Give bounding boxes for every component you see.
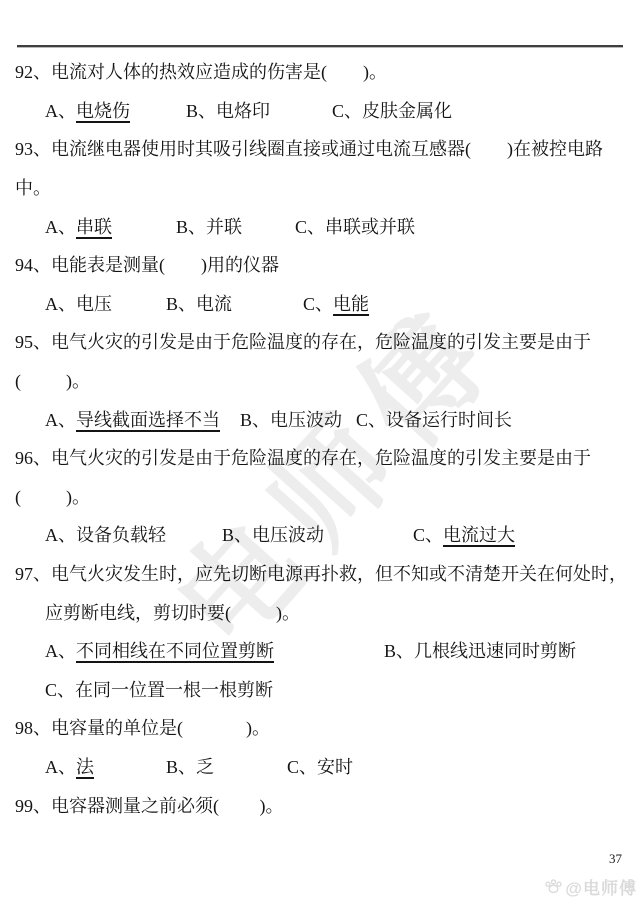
option-label: B、	[176, 213, 206, 239]
option-label: A、	[45, 521, 76, 547]
question-stem-text: 98、电容量的单位是( )。	[15, 714, 270, 740]
question-97-options-row: A、不同相线在不同位置剪断B、几根线迅速同时剪断	[15, 631, 625, 670]
option-93-A: A、串联	[45, 213, 112, 239]
option-98-B: B、乏	[166, 753, 214, 779]
footer-watermark: @电师傅	[544, 874, 637, 899]
option-label: C、	[287, 753, 317, 779]
question-93-stem-line: 93、电流继电器使用时其吸引线圈直接或通过电流互感器( )在被控电路	[15, 129, 625, 168]
option-label: A、	[45, 637, 76, 663]
question-97-options-row: C、在同一位置一根一根剪断	[15, 670, 625, 709]
question-92-stem-line: 92、电流对人体的热效应造成的伤害是( )。	[15, 52, 625, 91]
option-96-B: B、电压波动	[222, 521, 324, 547]
option-text: 设备负载轻	[76, 521, 166, 547]
question-92-options-row: A、电烧伤B、电烙印C、皮肤金属化	[15, 91, 625, 130]
option-label: B、	[166, 290, 196, 316]
question-stem-text: 中。	[15, 174, 51, 200]
question-95-stem-line: 95、电气火灾的引发是由于危险温度的存在，危险温度的引发主要是由于	[15, 322, 625, 361]
option-label: C、	[332, 97, 362, 123]
question-stem-text: 92、电流对人体的热效应造成的伤害是( )。	[15, 58, 387, 84]
option-97-C: C、在同一位置一根一根剪断	[45, 676, 273, 702]
option-label: B、	[384, 637, 414, 663]
option-label: C、	[295, 213, 325, 239]
option-label: C、	[413, 521, 443, 547]
question-98-options-row: A、法B、乏C、安时	[15, 747, 625, 786]
question-97-stem-line: 97、电气火灾发生时，应先切断电源再扑救，但不知或不清楚开关在何处时，	[15, 554, 625, 593]
option-text-answer: 电流过大	[443, 521, 515, 547]
question-stem-text: ( )。	[15, 483, 90, 509]
option-text-answer: 不同相线在不同位置剪断	[76, 637, 274, 663]
option-text-answer: 导线截面选择不当	[76, 406, 220, 432]
question-96-stem-line: 96、电气火灾的引发是由于危险温度的存在，危险温度的引发主要是由于	[15, 438, 625, 477]
question-94-options-row: A、电压B、电流C、电能	[15, 284, 625, 323]
option-text: 串联或并联	[325, 213, 415, 239]
question-99-stem-line: 99、电容器测量之前必须( )。	[15, 785, 625, 824]
option-text: 乏	[196, 753, 214, 779]
question-stem-text: 应剪断电线，剪切时要( )。	[45, 599, 300, 625]
option-label: A、	[45, 213, 76, 239]
option-96-C: C、电流过大	[413, 521, 515, 547]
option-text: 电压波动	[252, 521, 324, 547]
footer-watermark-text: @电师傅	[565, 874, 637, 899]
question-96-stem-line: ( )。	[15, 477, 625, 516]
option-text: 在同一位置一根一根剪断	[75, 676, 273, 702]
option-95-B: B、电压波动	[240, 406, 342, 432]
option-92-B: B、电烙印	[186, 97, 270, 123]
option-92-C: C、皮肤金属化	[332, 97, 452, 123]
question-95-stem-line: ( )。	[15, 361, 625, 400]
question-98-stem-line: 98、电容量的单位是( )。	[15, 708, 625, 747]
option-text-answer: 电能	[333, 290, 369, 316]
option-text: 设备运行时间长	[386, 406, 512, 432]
option-text: 皮肤金属化	[362, 97, 452, 123]
option-label: C、	[356, 406, 386, 432]
option-text: 几根线迅速同时剪断	[414, 637, 576, 663]
option-label: B、	[222, 521, 252, 547]
question-95-options-row: A、导线截面选择不当B、电压波动C、设备运行时间长	[15, 399, 625, 438]
option-label: A、	[45, 290, 76, 316]
option-94-C: C、电能	[303, 290, 369, 316]
question-stem-text: 93、电流继电器使用时其吸引线圈直接或通过电流互感器( )在被控电路	[15, 135, 603, 161]
option-text: 电压	[76, 290, 112, 316]
option-label: B、	[240, 406, 270, 432]
option-text-answer: 法	[76, 753, 94, 779]
document-page: 电师傅 92、电流对人体的热效应造成的伤害是( )。A、电烧伤B、电烙印C、皮肤…	[0, 0, 640, 909]
question-list: 92、电流对人体的热效应造成的伤害是( )。A、电烧伤B、电烙印C、皮肤金属化9…	[15, 52, 625, 824]
option-label: C、	[303, 290, 333, 316]
question-stem-text: ( )。	[15, 367, 90, 393]
option-92-A: A、电烧伤	[45, 97, 130, 123]
option-97-A: A、不同相线在不同位置剪断	[45, 637, 274, 663]
question-stem-text: 96、电气火灾的引发是由于危险温度的存在，危险温度的引发主要是由于	[15, 444, 591, 470]
option-text: 安时	[317, 753, 353, 779]
paw-icon	[544, 877, 563, 896]
question-96-options-row: A、设备负载轻B、电压波动C、电流过大	[15, 515, 625, 554]
question-93-stem-line: 中。	[15, 168, 625, 207]
option-label: A、	[45, 97, 76, 123]
option-96-A: A、设备负载轻	[45, 521, 166, 547]
question-stem-text: 97、电气火灾发生时，应先切断电源再扑救，但不知或不清楚开关在何处时，	[15, 560, 627, 586]
option-98-A: A、法	[45, 753, 94, 779]
option-93-C: C、串联或并联	[295, 213, 415, 239]
header-rule	[17, 45, 623, 48]
question-stem-text: 95、电气火灾的引发是由于危险温度的存在，危险温度的引发主要是由于	[15, 328, 591, 354]
option-94-A: A、电压	[45, 290, 112, 316]
option-text-answer: 串联	[76, 213, 112, 239]
option-text: 电烙印	[216, 97, 270, 123]
question-stem-text: 94、电能表是测量( )用的仪器	[15, 251, 279, 277]
option-label: C、	[45, 676, 75, 702]
option-98-C: C、安时	[287, 753, 353, 779]
option-label: A、	[45, 753, 76, 779]
option-95-C: C、设备运行时间长	[356, 406, 512, 432]
question-97-stem-line: 应剪断电线，剪切时要( )。	[15, 592, 625, 631]
option-95-A: A、导线截面选择不当	[45, 406, 220, 432]
option-text: 并联	[206, 213, 242, 239]
option-text-answer: 电烧伤	[76, 97, 130, 123]
option-94-B: B、电流	[166, 290, 232, 316]
question-94-stem-line: 94、电能表是测量( )用的仪器	[15, 245, 625, 284]
option-93-B: B、并联	[176, 213, 242, 239]
option-text: 电流	[196, 290, 232, 316]
question-stem-text: 99、电容器测量之前必须( )。	[15, 792, 284, 818]
page-number: 37	[609, 851, 622, 867]
option-97-B: B、几根线迅速同时剪断	[384, 637, 576, 663]
option-label: B、	[186, 97, 216, 123]
option-text: 电压波动	[270, 406, 342, 432]
option-label: A、	[45, 406, 76, 432]
question-93-options-row: A、串联B、并联C、串联或并联	[15, 206, 625, 245]
option-label: B、	[166, 753, 196, 779]
